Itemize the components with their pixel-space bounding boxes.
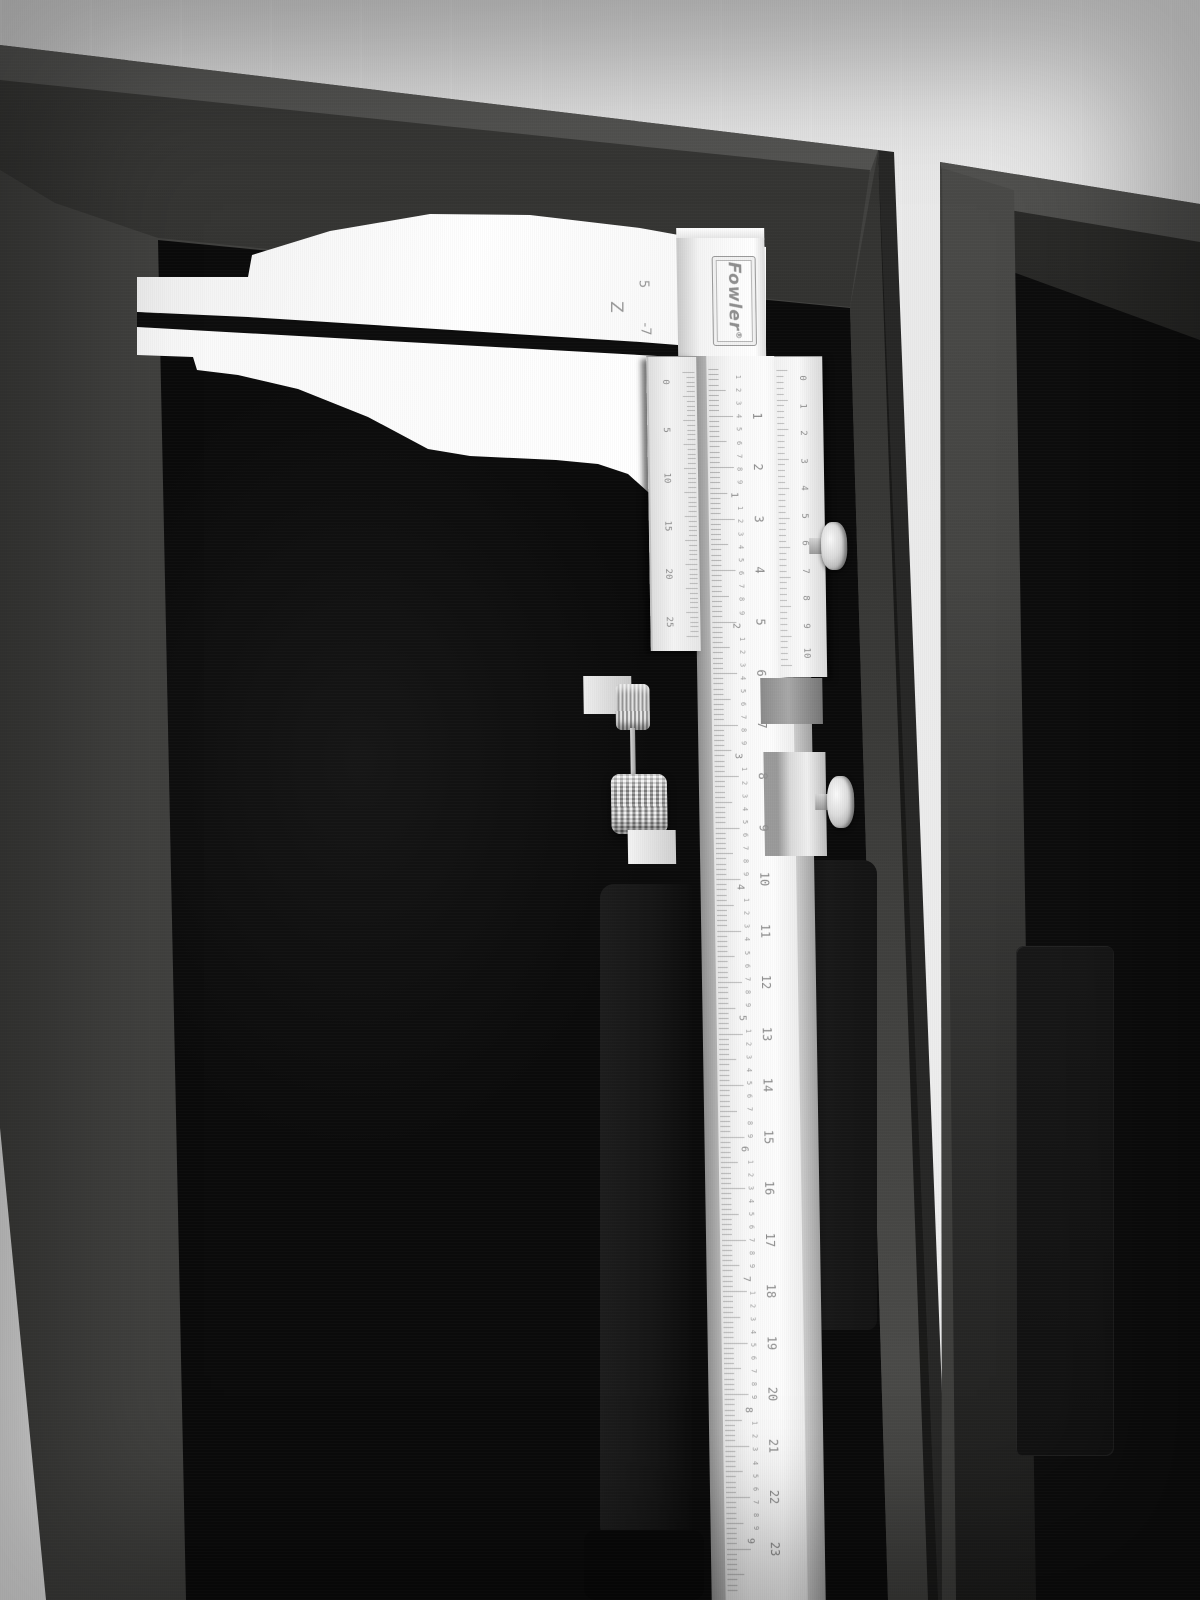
- photo-canvas: 5 Z -7 Fowler® 1234567891011121314151617…: [0, 0, 1200, 1600]
- vignette: [0, 0, 1200, 1600]
